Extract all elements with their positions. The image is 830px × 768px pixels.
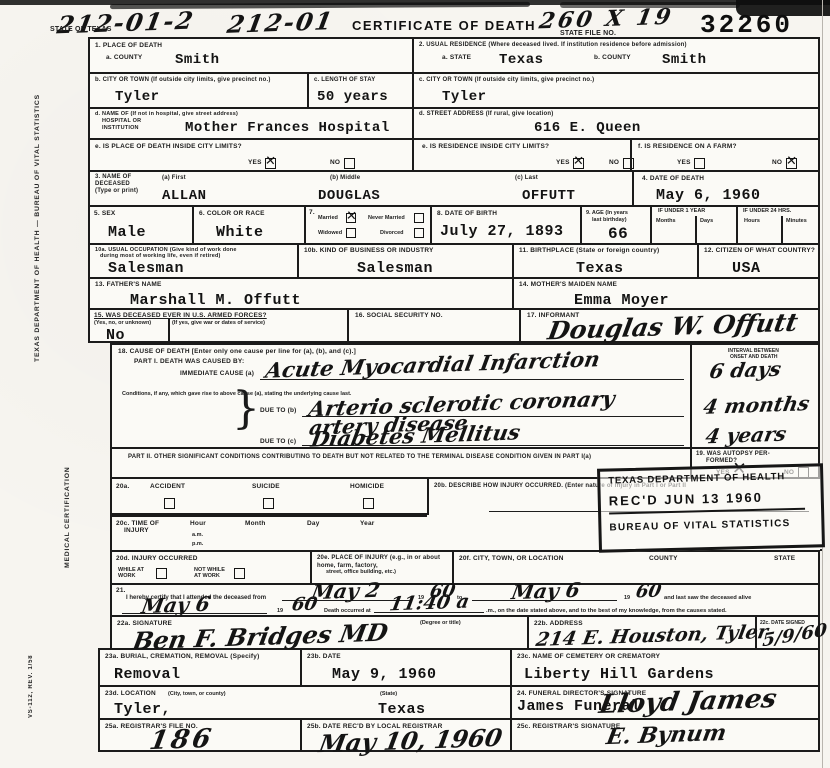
yes-label: YES [248,159,262,167]
check-mark: ✕ [786,155,798,169]
cause-of-death-main: 18. CAUSE OF DEATH [Enter only one cause… [112,345,690,447]
field-registrar-date: 25b. DATE REC'D BY LOCAL REGISTRAR May 1… [300,720,510,750]
field-mothers-maiden-name: 14. MOTHER'S MAIDEN NAME Emma Moyer [512,279,822,308]
field-citizen: 12. CITIZEN OF WHAT COUNTRY? USA [697,245,822,277]
field-injury-occurred: 20d. INJURY OCCURRED WHILE AT WORK NOT W… [112,552,310,583]
age-label2: last birthday) [592,217,627,224]
paper-edge [822,0,823,768]
last-name-value: OFFUTT [522,189,575,203]
not-while-at-work-checkbox [234,568,245,579]
row-hospital-street: d. NAME OF (If not in hospital, give str… [88,107,820,138]
from-date: May 2 [310,578,382,604]
state-file-number: 32260 [700,10,793,40]
homicide-label: HOMICIDE [350,483,384,491]
brace: } [232,387,260,431]
armed-forces-label: 15. WAS DECEASED EVER IN U.S. ARMED FORC… [94,312,267,320]
location-label: 23d. LOCATION [105,690,156,698]
row-parents: 13. FATHER'S NAME Marshall M. Offutt 14.… [88,277,820,308]
residence-inside-limits-label: e. IS RESIDENCE INSIDE CITY LIMITS? [422,143,549,151]
field-marital-status: 7. Married ✕ Never Married Widowed Divor… [304,207,430,243]
suicide-checkbox [263,498,274,509]
place-of-death-label: 1. PLACE OF DEATH [95,42,162,50]
informant-signature: Douglas W. Offutt [546,308,801,346]
margin-form-number: VS-112, REV. 1/58 [28,608,34,718]
check-mark: ✕ [573,155,585,169]
date-of-death-value: May 6, 1960 [656,188,761,203]
received-stamp: TEXAS DEPARTMENT OF HEALTH REC'D JUN 13 … [597,463,825,552]
row-location-funeral-director: 23d. LOCATION (City, town, or county) Ty… [98,685,820,718]
state-value: Texas [499,53,544,67]
pm-label: p.m. [192,541,203,548]
interval-column: INTERVAL BETWEEN ONSET AND DEATH 6 days … [690,345,822,447]
divider [695,216,697,243]
while-at-work-label2: WORK [118,573,135,580]
location-value: Tyler, [114,702,171,717]
field-informant: 17. INFORMANT Douglas W. Offutt [519,310,822,341]
fathers-name-label: 13. FATHER'S NAME [95,281,162,289]
registrar-date-value: May 10, 1960 [317,723,505,758]
hospital-label2: HOSPITAL OR [102,118,141,125]
under-24-hrs-header: IF UNDER 24 HRS. [743,208,791,215]
time-of-injury-label2: INJURY [124,527,149,535]
stamp-line1: TEXAS DEPARTMENT OF HEALTH [608,471,785,486]
place-of-injury-label2: street, office building, etc.) [326,569,396,576]
day-label: Day [307,520,320,528]
row-injury-place: 20d. INJURY OCCURRED WHILE AT WORK NOT W… [110,550,820,583]
widowed-label: Widowed [318,230,342,237]
residence-on-farm-label: f. IS RESIDENCE ON A FARM? [638,143,737,151]
field-age: 9. AGE (In years last birthday) 66 [580,207,650,243]
homicide-checkbox [363,498,374,509]
age-value: 66 [608,226,628,242]
yes-label: YES [677,159,691,167]
citizen-value: USA [732,261,761,276]
row-city-limits: e. IS PLACE OF DEATH INSIDE CITY LIMITS?… [88,138,820,170]
field-birthplace: 11. BIRTHPLACE (State or foreign country… [512,245,697,277]
stamp-line3: BUREAU OF VITAL STATISTICS [609,518,790,533]
divorced-checkbox [414,228,424,238]
street-address-label: d. STREET ADDRESS (If rural, give locati… [419,111,553,119]
race-label: 6. COLOR OR RACE [199,210,265,218]
field-if-under-1-year: IF UNDER 1 YEAR Months Days [650,207,736,243]
field-armed-forces: 15. WAS DECEASED EVER IN U.S. ARMED FORC… [90,310,347,341]
field-name-of-deceased: 3. NAME OF DECEASED (Type or print) (a) … [90,172,632,205]
months-label: Months [656,218,676,225]
check-mark: ✕ [265,155,277,169]
page-title: CERTIFICATE OF DEATH [352,18,536,33]
no-label: NO [330,159,340,167]
middle-name-value: DOUGLAS [318,189,380,203]
due-to-c-label: DUE TO (c) [260,438,296,446]
registrar-signature-value: E. Bynum [604,720,728,750]
row-occupation: 10a. USUAL OCCUPATION (Give kind of work… [88,243,820,277]
length-of-stay-value: 50 years [317,90,388,104]
burial-label: 23a. BURIAL, CREMATION, REMOVAL (Specify… [105,653,259,661]
field-usual-occupation: 10a. USUAL OCCUPATION (Give kind of work… [90,245,297,277]
injury-county-label: COUNTY [649,555,678,563]
interval-a: 6 days [708,357,783,383]
hours-label: Hours [744,218,760,225]
field-injury-location: 20f. CITY, TOWN, OR LOCATION COUNTY STAT… [452,552,822,583]
interval-c: 4 years [704,422,789,449]
place-of-injury-label: 20e. PLACE OF INJURY (e.g., in or about … [317,555,449,570]
date-of-birth-label: 8. DATE OF BIRTH [437,210,497,218]
hospital-value: Mother Frances Hospital [185,121,390,135]
no-checkbox [344,158,355,169]
margin-dept-text: TEXAS DEPARTMENT OF HEALTH — BUREAU OF V… [34,62,41,362]
county-label: a. COUNTY [106,54,142,62]
never-married-checkbox [414,213,424,223]
hospital-label: d. NAME OF (If not in hospital, give str… [95,111,238,118]
field-date-of-death: 4. DATE OF DEATH May 6, 1960 [632,172,822,205]
fathers-name-value: Marshall M. Offutt [130,293,301,308]
injury-occurred-label: 20d. INJURY OCCURRED [116,555,198,563]
to-year: 60 [634,581,663,603]
field-death-inside-limits: e. IS PLACE OF DEATH INSIDE CITY LIMITS?… [90,140,412,170]
field-burial-date: 23b. DATE May 9, 1960 [300,650,510,685]
field-cemetery: 23c. NAME OF CEMETERY OR CREMATORY Liber… [510,650,822,685]
state-label: a. STATE [442,54,471,62]
armed-forces-sub2: (If yes, give war or dates of service) [172,320,265,327]
divider [781,216,783,243]
field-residence-city: c. CITY OR TOWN (If outside city limits,… [412,74,822,107]
yes-label: YES [556,159,570,167]
usual-residence-label: 2. USUAL RESIDENCE (Where deceased lived… [419,42,687,50]
field-address: 22b. ADDRESS 214 E. Houston, Tyler [527,617,755,648]
widowed-checkbox [346,228,356,238]
business-value: Salesman [357,261,433,276]
month-label: Month [245,520,266,528]
no-checkbox: ✕ [786,158,797,169]
field-fathers-name: 13. FATHER'S NAME Marshall M. Offutt [90,279,512,308]
hospital-label3: INSTITUTION [102,125,139,132]
row-registrar: 25a. REGISTRAR'S FILE NO. 186 25b. DATE … [98,718,820,752]
due-to-b-label: DUE TO (b) [260,407,297,415]
sex-value: Male [108,225,146,240]
row-sex-race-dob: 5. SEX Male 6. COLOR OR RACE White 7. Ma… [88,205,820,243]
birthplace-value: Texas [576,261,624,276]
check-mark: ✕ [346,210,358,224]
field-color-or-race: 6. COLOR OR RACE White [192,207,304,243]
row-certification: 21. I hereby certify that I attended the… [110,583,820,615]
handwritten-number: 212-01 [225,6,336,39]
death-certificate-scan: 212-01-2 212-01 STATE OF TEXAS CERTIFICA… [0,0,830,768]
days-label: Days [700,218,713,225]
row-physician-signature: 22a. SIGNATURE (Degree or title) Ben F. … [110,615,820,648]
field-if-under-24-hrs: IF UNDER 24 HRS. Hours Minutes [736,207,822,243]
row-place-usual-residence: 1. PLACE OF DEATH a. COUNTY Smith 2. USU… [88,37,820,72]
last-name-label: (c) Last [515,175,538,183]
mothers-maiden-name-value: Emma Moyer [574,293,669,308]
residence-county-label: b. COUNTY [594,54,631,62]
field-date-of-birth: 8. DATE OF BIRTH July 27, 1893 [430,207,580,243]
injury-city-label: 20f. CITY, TOWN, OR LOCATION [459,555,564,563]
injury-type-label: 20a. [116,483,129,491]
hour-label: Hour [190,520,206,528]
no-label: NO [609,159,619,167]
field-accident-suicide-homicide: 20a. ACCIDENT SUICIDE HOMICIDE [112,479,427,515]
field-street-address: d. STREET ADDRESS (If rural, give locati… [412,109,822,138]
not-while-at-work-label2: AT WORK [194,573,220,580]
field-kind-of-business: 10b. KIND OF BUSINESS OR INDUSTRY Salesm… [297,245,512,277]
field-signature: 22a. SIGNATURE (Degree or title) Ben F. … [112,617,527,648]
state-of-texas-label: STATE OF TEXAS [50,26,112,35]
accident-checkbox [164,498,175,509]
residence-city-label: c. CITY OR TOWN (If outside city limits,… [419,77,594,85]
row-name-date-of-death: 3. NAME OF DECEASED (Type or print) (a) … [88,170,820,205]
county-value: Smith [175,53,220,67]
registrar-signature-label: 25c. REGISTRAR'S SIGNATURE [517,723,620,731]
while-at-work-checkbox [156,568,167,579]
divider [168,318,170,341]
residence-city-value: Tyler [442,90,487,104]
certify-text3: and last saw the deceased alive [664,595,751,603]
burial-date-value: May 9, 1960 [332,667,437,682]
field-sex: 5. SEX Male [90,207,192,243]
date-of-birth-value: July 27, 1893 [440,224,564,239]
field-registrar-file-no: 25a. REGISTRAR'S FILE NO. 186 [100,720,300,750]
field-residence-on-farm: f. IS RESIDENCE ON A FARM? YES NO ✕ [630,140,822,170]
mothers-maiden-name-label: 14. MOTHER'S MAIDEN NAME [519,281,617,289]
row-city-stay: b. CITY OR TOWN (If outside city limits,… [88,72,820,107]
funeral-director-signature: Lloyd James [597,684,779,720]
never-married-label: Never Married [368,215,405,222]
field-funeral-director: 24. FUNERAL DIRECTOR'S SIGNATURE James F… [510,687,822,718]
middle-name-label: (b) Middle [330,175,360,183]
am-label: a.m. [192,532,203,539]
time-of-death: 11:40 a [388,591,471,616]
field-place-of-death: 1. PLACE OF DEATH a. COUNTY Smith [90,39,412,72]
married-checkbox: ✕ [346,213,356,223]
sex-label: 5. SEX [94,210,115,218]
race-value: White [216,225,264,240]
registrar-file-value: 186 [147,724,216,756]
part1-label: PART I. DEATH WAS CAUSED BY: [134,358,244,366]
minutes-label: Minutes [786,218,807,225]
city-label: b. CITY OR TOWN (If outside city limits,… [95,77,271,85]
cemetery-value: Liberty Hill Gardens [524,667,714,682]
conditions-note: Conditions, if any, which gave rise to a… [122,391,184,398]
residence-county-value: Smith [662,53,707,67]
state-sub-label: (State) [380,691,397,698]
length-of-stay-label: c. LENGTH OF STAY [314,77,375,85]
location-sub-label: (City, town, or county) [168,691,226,698]
first-name-value: ALLAN [162,189,207,203]
marital-label: 7. [309,209,315,217]
burial-state-value: Texas [378,702,426,717]
degree-label: (Degree or title) [420,620,461,627]
certify-number: 21. [116,587,126,595]
burial-value: Removal [114,667,181,682]
margin-medical-certification-text: MEDICAL CERTIFICATION [64,398,71,568]
armed-forces-value: No [106,328,125,343]
alive-year: 60 [290,594,319,616]
burial-date-label: 23b. DATE [307,653,341,661]
row-armed-forces-informant: 15. WAS DECEASED EVER IN U.S. ARMED FORC… [88,308,820,343]
field-time-of-injury: 20c. TIME OF INJURY Hour Month Day Year … [112,515,427,550]
yes-checkbox: ✕ [265,158,276,169]
field-residence-inside-limits: e. IS RESIDENCE INSIDE CITY LIMITS? YES … [412,140,630,170]
field-social-security-no: 16. SOCIAL SECURITY NO. [347,310,519,341]
city-value: Tyler [115,90,160,104]
occupation-value: Salesman [108,261,184,276]
suicide-label: SUICIDE [252,483,280,491]
part2-label: PART II. OTHER SIGNIFICANT CONDITIONS CO… [128,454,591,462]
field-length-of-stay: c. LENGTH OF STAY 50 years [307,74,412,107]
interval-b: 4 months [702,391,812,419]
accident-label: ACCIDENT [150,483,185,491]
occupation-label2: during most of working life, even if ret… [100,253,221,260]
ssn-label: 16. SOCIAL SECURITY NO. [355,312,443,320]
yes-checkbox [694,158,705,169]
year-label: Year [360,520,375,528]
field-hospital: d. NAME OF (If not in hospital, give str… [90,109,412,138]
married-label: Married [318,215,338,222]
immediate-cause-label: IMMEDIATE CAUSE (a) [180,370,254,378]
date-of-death-label: 4. DATE OF DEATH [642,175,704,183]
street-address-value: 616 E. Queen [534,121,641,135]
name-label3: (Type or print) [95,188,138,196]
field-registrar-signature: 25c. REGISTRAR'S SIGNATURE E. Bynum [510,720,822,750]
stamp-line2: REC'D JUN 13 1960 [609,489,805,515]
no-label: NO [772,159,782,167]
field-city-of-death: b. CITY OR TOWN (If outside city limits,… [90,74,307,107]
yes-checkbox: ✕ [573,158,584,169]
citizen-label: 12. CITIZEN OF WHAT COUNTRY? [704,247,815,255]
to-date: May 6 [510,578,582,604]
under-1-year-header: IF UNDER 1 YEAR [658,208,705,215]
first-name-label: (a) First [162,175,186,183]
death-inside-limits-label: e. IS PLACE OF DEATH INSIDE CITY LIMITS? [95,143,242,151]
divorced-label: Divorced [380,230,404,237]
business-label: 10b. KIND OF BUSINESS OR INDUSTRY [304,247,434,255]
field-burial-state: (State) Texas [300,687,510,718]
cemetery-label: 23c. NAME OF CEMETERY OR CREMATORY [517,653,660,661]
year-prefix: 19 [624,595,630,602]
section-cause-of-death: 18. CAUSE OF DEATH [Enter only one cause… [110,343,820,447]
row-burial: 23a. BURIAL, CREMATION, REMOVAL (Specify… [98,648,820,685]
injury-state-label: STATE [774,555,795,563]
field-usual-residence: 2. USUAL RESIDENCE (Where deceased lived… [412,39,822,72]
field-burial-location: 23d. LOCATION (City, town, or county) Ty… [100,687,300,718]
birthplace-label: 11. BIRTHPLACE (State or foreign country… [519,247,659,255]
